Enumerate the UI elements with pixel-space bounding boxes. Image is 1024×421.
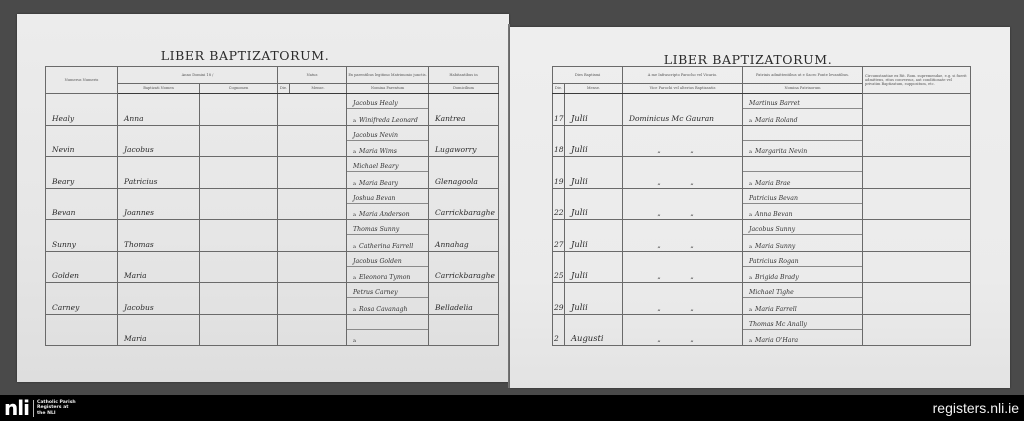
header-nomina-parentum: Nomina Parentum	[347, 84, 429, 94]
father-name: Jacobus Nevin	[347, 126, 428, 141]
baptism-month-cell: Julii	[565, 188, 623, 220]
header-ministro: A me Infrascripto Parocho vel Vicario.	[623, 67, 743, 84]
godfather-name: Martinus Barret	[743, 94, 862, 109]
parents-cell: Joshua Bevan aMaria Anderson	[347, 188, 429, 220]
header-baptizati-nomen: Baptizati Nomen	[118, 84, 200, 94]
residence-cell: Kantrea	[429, 94, 499, 126]
father-name: Joshua Bevan	[347, 189, 428, 204]
surname-cell: Bevan	[46, 188, 118, 220]
baptism-month-cell: Julii	[565, 94, 623, 126]
surname-cell: Beary	[46, 157, 118, 189]
mother-name: a	[347, 330, 428, 345]
month-cell	[278, 314, 347, 346]
header-sponsors: Patrinis admittentibus ut e Sacro Fonte …	[743, 67, 863, 84]
godmother-name: aMaria Farrell	[743, 298, 862, 313]
given-name-cell: Patricius	[118, 157, 200, 189]
nli-logo[interactable]: nli Catholic Parish Registers at the NLI	[4, 398, 76, 418]
given-name-cell: Anna	[118, 94, 200, 126]
month-cell	[278, 188, 347, 220]
minister-cell: Dominicus Mc Gauran	[623, 94, 743, 126]
sponsors-cell: Martinus Barret aMaria Roland	[743, 94, 863, 126]
residence-cell: Carrickbaraghe	[429, 188, 499, 220]
header-domicilium: Domicilium	[429, 84, 499, 94]
table-row: 25 Julii „ „ Patricius Rogan aBrigida Br…	[553, 251, 971, 283]
table-row: Healy Anna Jacobus Healy aWinifreda Leon…	[46, 94, 499, 126]
father-name: Petrus Carney	[347, 283, 428, 298]
month-cell	[278, 220, 347, 252]
baptism-day-cell: 29	[553, 283, 565, 315]
residence-cell: Lugaworry	[429, 125, 499, 157]
baptism-month-cell: Julii	[565, 251, 623, 283]
given-name-cell: Maria	[118, 251, 200, 283]
logo-divider	[33, 400, 34, 417]
header-dies-baptismi: Dies Baptismi	[553, 67, 623, 84]
month-cell	[278, 157, 347, 189]
baptism-day-cell: 18	[553, 125, 565, 157]
godfather-name: Patricius Bevan	[743, 189, 862, 204]
mother-name: aRosa Cavanagh	[347, 298, 428, 313]
baptism-month-cell: Julii	[565, 157, 623, 189]
godfather-name	[743, 157, 862, 172]
table-row: 22 Julii „ „ Patricius Bevan aAnna Bevan	[553, 188, 971, 220]
day-cell	[200, 283, 278, 315]
baptism-month-cell: Augusti	[565, 314, 623, 346]
table-row: Nevin Jacobus Jacobus Nevin aMaria Wims …	[46, 125, 499, 157]
residence-cell: Carrickbaraghe	[429, 251, 499, 283]
baptism-day-cell: 2	[553, 314, 565, 346]
baptism-day-cell: 22	[553, 188, 565, 220]
header-die: Die.	[553, 84, 565, 94]
day-cell	[200, 188, 278, 220]
header-numerus: Numerus Numeris	[46, 67, 118, 94]
surname-cell: Carney	[46, 283, 118, 315]
observations-cell	[863, 157, 971, 189]
godmother-name: aAnna Bevan	[743, 204, 862, 219]
parents-cell: Jacobus Nevin aMaria Wims	[347, 125, 429, 157]
mother-name: aCatherina Farrell	[347, 235, 428, 250]
sponsors-cell: Thomas Mc Anally aMaria O'Hara	[743, 314, 863, 346]
register-page-right: LIBER BAPTIZATORUM. Dies Baptismi A me I…	[510, 27, 1010, 388]
minister-cell: „ „	[623, 283, 743, 315]
header-nomina-patrinorum: Nomina Patrinorum	[743, 84, 863, 94]
header-natus: Natus	[278, 67, 347, 84]
given-name-cell: Joannes	[118, 188, 200, 220]
parents-cell: Petrus Carney aRosa Cavanagh	[347, 283, 429, 315]
table-row: Carney Jacobus Petrus Carney aRosa Cavan…	[46, 283, 499, 315]
godmother-name: aMaria Brae	[743, 172, 862, 187]
godfather-name: Michael Tighe	[743, 283, 862, 298]
header-parentes: Ex parentibus legitimo Matrimonio juncti…	[347, 67, 429, 84]
godmother-name: aMargarita Nevin	[743, 141, 862, 156]
page-title-right: LIBER BAPTIZATORUM.	[498, 52, 998, 67]
surname-cell: Healy	[46, 94, 118, 126]
month-cell	[278, 283, 347, 315]
table-row: 19 Julii „ „ aMaria Brae	[553, 157, 971, 189]
table-row: Sunny Thomas Thomas Sunny aCatherina Far…	[46, 220, 499, 252]
register-page-left: LIBER BAPTIZATORUM. Numerus Numeris Anno…	[17, 14, 509, 382]
godfather-name	[743, 126, 862, 141]
baptism-day-cell: 19	[553, 157, 565, 189]
image-viewer[interactable]: LIBER BAPTIZATORUM. Numerus Numeris Anno…	[0, 0, 1024, 395]
month-cell	[278, 251, 347, 283]
day-cell	[200, 251, 278, 283]
father-name: Michael Beary	[347, 157, 428, 172]
father-name: Jacobus Healy	[347, 94, 428, 109]
parents-cell: Jacobus Golden aEleonora Tymon	[347, 251, 429, 283]
given-name-cell: Thomas	[118, 220, 200, 252]
residence-cell: Glenagoola	[429, 157, 499, 189]
header-dia: Die.	[278, 84, 290, 94]
day-cell	[200, 157, 278, 189]
baptism-table-left: Numerus Numeris Anno Domini 18 / Natus E…	[45, 66, 499, 346]
mother-name: aMaria Wims	[347, 141, 428, 156]
header-mense: Mense.	[565, 84, 623, 94]
footer-bar: nli Catholic Parish Registers at the NLI…	[0, 395, 1024, 421]
father-name: Thomas Sunny	[347, 220, 428, 235]
given-name-cell: Maria	[118, 314, 200, 346]
mother-name: aMaria Beary	[347, 172, 428, 187]
mother-name: aEleonora Tymon	[347, 267, 428, 282]
baptism-month-cell: Julii	[565, 283, 623, 315]
baptism-day-cell: 25	[553, 251, 565, 283]
godfather-name: Patricius Rogan	[743, 252, 862, 267]
minister-cell: „ „	[623, 188, 743, 220]
table-row: 27 Julii „ „ Jacobus Sunny aMaria Sunny	[553, 220, 971, 252]
table-row: 17 Julii Dominicus Mc Gauran Martinus Ba…	[553, 94, 971, 126]
minister-cell: „ „	[623, 220, 743, 252]
sponsors-cell: Jacobus Sunny aMaria Sunny	[743, 220, 863, 252]
minister-cell: „ „	[623, 314, 743, 346]
mother-name: aMaria Anderson	[347, 204, 428, 219]
table-row: Maria a	[46, 314, 499, 346]
day-cell	[200, 314, 278, 346]
sponsors-cell: aMargarita Nevin	[743, 125, 863, 157]
table-row: Bevan Joannes Joshua Bevan aMaria Anders…	[46, 188, 499, 220]
given-name-cell: Jacobus	[118, 283, 200, 315]
godmother-name: aMaria O'Hara	[743, 330, 862, 345]
day-cell	[200, 94, 278, 126]
observations-cell	[863, 251, 971, 283]
residence-cell: Annahag	[429, 220, 499, 252]
godfather-name: Thomas Mc Anally	[743, 315, 862, 330]
surname-cell: Sunny	[46, 220, 118, 252]
sponsors-cell: Patricius Rogan aBrigida Brady	[743, 251, 863, 283]
parents-cell: Thomas Sunny aCatherina Farrell	[347, 220, 429, 252]
month-cell	[278, 125, 347, 157]
baptism-table-right: Dies Baptismi A me Infrascripto Parocho …	[552, 66, 971, 346]
header-cognomen: Cognomen	[200, 84, 278, 94]
table-row: 18 Julii „ „ aMargarita Nevin	[553, 125, 971, 157]
sponsors-cell: aMaria Brae	[743, 157, 863, 189]
mother-name: aWinifreda Leonard	[347, 109, 428, 124]
godfather-name: Jacobus Sunny	[743, 220, 862, 235]
nli-logo-mark: nli	[4, 398, 29, 418]
month-cell	[278, 94, 347, 126]
site-url-link[interactable]: registers.nli.ie	[933, 400, 1019, 416]
observations-cell	[863, 220, 971, 252]
observations-cell	[863, 94, 971, 126]
parents-cell: Jacobus Healy aWinifreda Leonard	[347, 94, 429, 126]
given-name-cell: Jacobus	[118, 125, 200, 157]
baptism-month-cell: Julii	[565, 125, 623, 157]
father-name	[347, 315, 428, 330]
day-cell	[200, 125, 278, 157]
baptism-month-cell: Julii	[565, 220, 623, 252]
day-cell	[200, 220, 278, 252]
table-row: Beary Patricius Michael Beary aMaria Bea…	[46, 157, 499, 189]
logo-text: Catholic Parish Registers at the NLI	[37, 400, 76, 416]
minister-cell: „ „	[623, 125, 743, 157]
header-mense: Mense.	[290, 84, 347, 94]
header-ministro-sub: Vice Parochi vel alterius Baptizantis	[623, 84, 743, 94]
sponsors-cell: Michael Tighe aMaria Farrell	[743, 283, 863, 315]
surname-cell: Golden	[46, 251, 118, 283]
parents-cell: a	[347, 314, 429, 346]
godmother-name: aBrigida Brady	[743, 267, 862, 282]
baptism-day-cell: 17	[553, 94, 565, 126]
father-name: Jacobus Golden	[347, 252, 428, 267]
sponsors-cell: Patricius Bevan aAnna Bevan	[743, 188, 863, 220]
parents-cell: Michael Beary aMaria Beary	[347, 157, 429, 189]
table-row: 29 Julii „ „ Michael Tighe aMaria Farrel…	[553, 283, 971, 315]
header-observationes: Circumstantiae ex Rit. Rom. supremendae,…	[863, 67, 971, 94]
baptism-day-cell: 27	[553, 220, 565, 252]
header-habitantibus: Habitantibus in	[429, 67, 499, 84]
observations-cell	[863, 125, 971, 157]
observations-cell	[863, 314, 971, 346]
minister-cell: „ „	[623, 251, 743, 283]
surname-cell: Nevin	[46, 125, 118, 157]
godmother-name: aMaria Roland	[743, 109, 862, 124]
surname-cell	[46, 314, 118, 346]
residence-cell	[429, 314, 499, 346]
observations-cell	[863, 283, 971, 315]
residence-cell: Belladelia	[429, 283, 499, 315]
header-anno-domini: Anno Domini 18 /	[118, 67, 278, 84]
table-row: Golden Maria Jacobus Golden aEleonora Ty…	[46, 251, 499, 283]
page-title-left: LIBER BAPTIZATORUM.	[0, 48, 491, 63]
godmother-name: aMaria Sunny	[743, 235, 862, 250]
minister-cell: „ „	[623, 157, 743, 189]
observations-cell	[863, 188, 971, 220]
table-row: 2 Augusti „ „ Thomas Mc Anally aMaria O'…	[553, 314, 971, 346]
